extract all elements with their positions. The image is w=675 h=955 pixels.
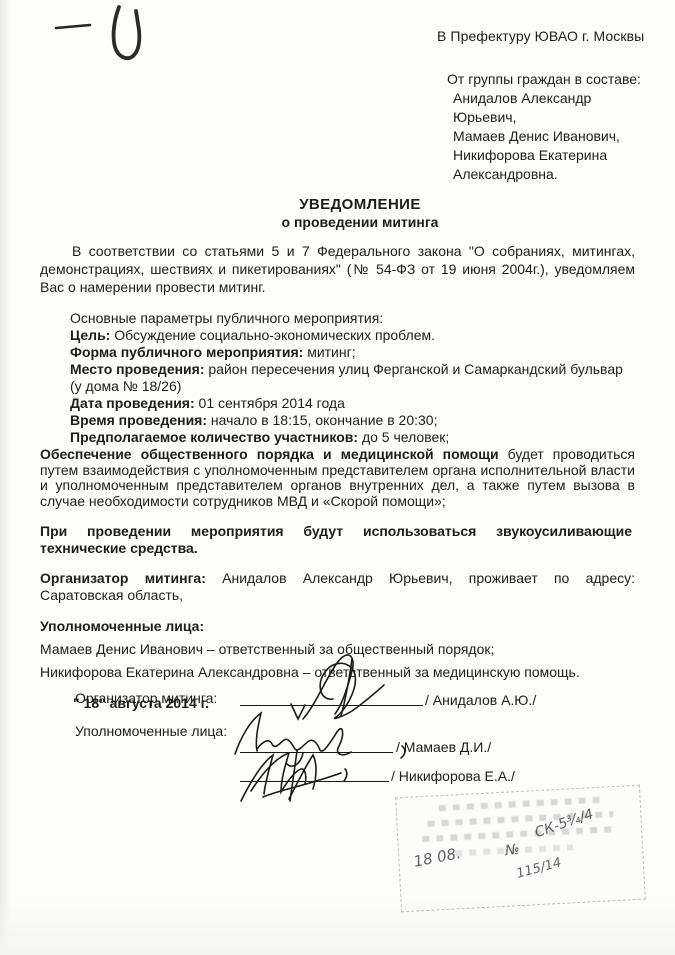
event-parameters: Основные параметры публичного мероприяти…: [70, 310, 635, 446]
sender-name: Александровна.: [453, 165, 672, 184]
signature-name-nikiforova: / Никифорова Е.А./: [391, 768, 515, 784]
senders-label: От группы граждан в составе:: [447, 70, 672, 89]
intro-paragraph: В соответствии со статьями 5 и 7 Федерал…: [40, 242, 635, 296]
organizer-label: Организатор митинга:: [40, 570, 206, 586]
param-label: Форма публичного мероприятия:: [70, 344, 303, 360]
authorized-person-line: Никифорова Екатерина Александровна – отв…: [40, 664, 635, 680]
param-value: начало в 18:15, окончание в 20:30;: [207, 412, 437, 428]
document-body: УВЕДОМЛЕНИЕ о проведении митинга В соотв…: [40, 196, 635, 711]
signature-line: [240, 705, 423, 706]
sender-name: Юрьевич,: [453, 108, 672, 127]
stamp-illegible-line: [422, 826, 618, 842]
sound-equipment-paragraph: При проведении мероприятия будут использ…: [40, 523, 632, 556]
signature-authorized-label: Уполномоченные лица:: [75, 723, 227, 739]
param-value: Обсуждение социально-экономических пробл…: [110, 327, 435, 343]
param-value: до 5 человек;: [358, 429, 449, 445]
signature-name-mamaev: / Мамаев Д.И./: [396, 739, 491, 755]
stamp-handwritten-number-sign: №: [504, 841, 521, 859]
sender-name: Мамаев Денис Иванович,: [453, 127, 672, 146]
parameters-heading: Основные параметры публичного мероприяти…: [70, 310, 635, 327]
param-value: 01 сентября 2014 года: [195, 395, 345, 411]
signature-organizer-label: Организатор митинга:: [75, 690, 217, 706]
stamp-handwritten-date: 18 08.: [412, 844, 462, 871]
param-row: Форма публичного мероприятия: митинг;: [70, 344, 635, 361]
scanned-document-page: { "colors": { "ink": "#1d1d1d", "stamp_i…: [0, 0, 675, 955]
authorized-heading: Уполномоченные лица:: [40, 618, 635, 634]
param-label: Место проведения:: [70, 361, 205, 377]
security-paragraph: Обеспечение общественного порядка и меди…: [40, 447, 635, 509]
recipient-line: В Префектуру ЮВАО г. Москвы: [437, 28, 644, 44]
param-label: Цель:: [70, 327, 110, 343]
param-value: митинг;: [303, 344, 355, 360]
stamp-handwritten-ref: СК-5¾/4: [533, 806, 596, 841]
stamp-handwritten-note: 115/14: [515, 855, 563, 881]
param-row: Цель: Обсуждение социально-экономических…: [70, 327, 635, 344]
param-label: Время проведения:: [70, 412, 207, 428]
security-lead: Обеспечение общественного порядка и меди…: [40, 446, 499, 462]
signature-line: [240, 752, 393, 753]
signature-line: [240, 781, 389, 782]
param-row: Дата проведения: 01 сентября 2014 года: [70, 395, 635, 412]
document-title: УВЕДОМЛЕНИЕ: [85, 196, 635, 213]
param-label: Дата проведения:: [70, 395, 195, 411]
document-subtitle: о проведении митинга: [85, 214, 635, 230]
param-row: Предполагаемое количество участников: до…: [70, 429, 635, 446]
signature-name-anidalov: / Анидалов А.Ю./: [425, 692, 536, 708]
senders-block: От группы граждан в составе: Анидалов Ал…: [447, 70, 672, 184]
authorized-person-line: Мамаев Денис Иванович – ответственный за…: [40, 641, 635, 657]
organizer-paragraph: Организатор митинга: Анидалов Александр …: [40, 570, 635, 604]
param-row: Время проведения: начало в 18:15, оконча…: [70, 412, 635, 429]
param-label: Предполагаемое количество участников:: [70, 429, 358, 445]
sender-name: Никифорова Екатерина: [453, 146, 672, 165]
senders-names: Анидалов Александр Юрьевич, Мамаев Денис…: [453, 89, 672, 184]
param-row: Место проведения: район пересечения улиц…: [70, 361, 635, 395]
sender-name: Анидалов Александр: [453, 89, 672, 108]
registration-stamp: 18 08. № СК-5¾/4 115/14: [395, 785, 646, 913]
